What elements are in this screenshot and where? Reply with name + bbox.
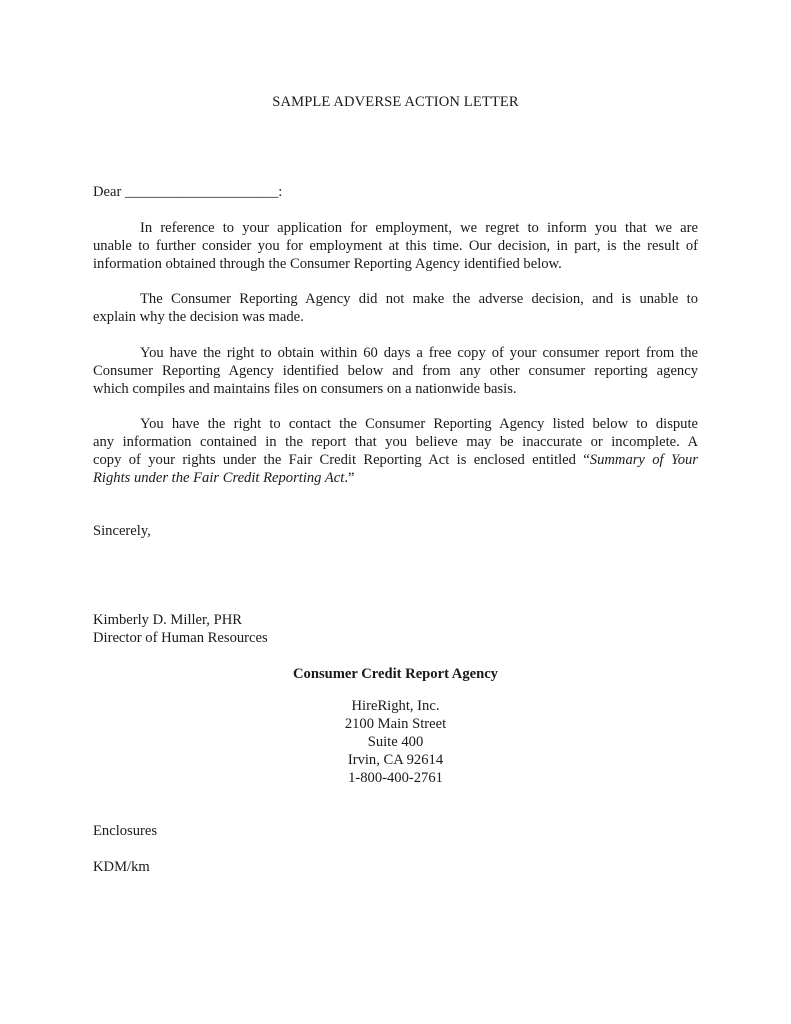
salutation-prefix: Dear [93,184,121,200]
paragraph-line: which compiles and maintains files on co… [93,380,698,398]
salutation-suffix: : [278,184,282,200]
paragraph-line: unable to further consider you for emplo… [93,237,698,255]
agency-suite: Suite 400 [93,733,698,751]
paragraph-line: explain why the decision was made. [93,308,698,326]
paragraph-line: You have the right to obtain within 60 d… [140,345,698,361]
salutation: Dear _____________________: [93,183,282,201]
paragraph-line: Consumer Reporting Agency identified bel… [93,362,698,380]
paragraph-line: In reference to your application for emp… [140,220,698,236]
paragraph-line: information obtained through the Consume… [93,255,698,273]
paragraph-line: The Consumer Reporting Agency did not ma… [140,291,698,307]
letter-title: SAMPLE ADVERSE ACTION LETTER [0,94,791,111]
paragraph-1: In reference to your application for emp… [93,219,698,273]
paragraph-line: You have the right to contact the Consum… [140,416,698,432]
agency-city: Irvin, CA 92614 [93,751,698,769]
signature-block: Kimberly D. Miller, PHR Director of Huma… [93,611,268,647]
reference-initials: KDM/km [93,858,150,876]
paragraph-4: You have the right to contact the Consum… [93,415,698,487]
paragraph-3: You have the right to obtain within 60 d… [93,344,698,398]
recipient-blank: _____________________ [125,184,278,200]
paragraph-2: The Consumer Reporting Agency did not ma… [93,290,698,326]
italic-summary-title: Summary of Your [590,452,698,468]
closing: Sincerely, [93,522,151,540]
agency-address: HireRight, Inc. 2100 Main Street Suite 4… [93,697,698,787]
signer-title: Director of Human Resources [93,629,268,647]
paragraph-line: any information contained in the report … [93,433,698,451]
closing-punct: .” [344,470,354,486]
agency-street: 2100 Main Street [93,715,698,733]
agency-name: HireRight, Inc. [93,697,698,715]
enclosures-note: Enclosures [93,822,157,840]
agency-phone: 1-800-400-2761 [93,769,698,787]
agency-heading: Consumer Credit Report Agency [93,665,698,683]
paragraph-line: copy of your rights under the Fair Credi… [93,452,590,468]
signer-name: Kimberly D. Miller, PHR [93,611,268,629]
italic-summary-title-cont: Rights under the Fair Credit Reporting A… [93,470,344,486]
